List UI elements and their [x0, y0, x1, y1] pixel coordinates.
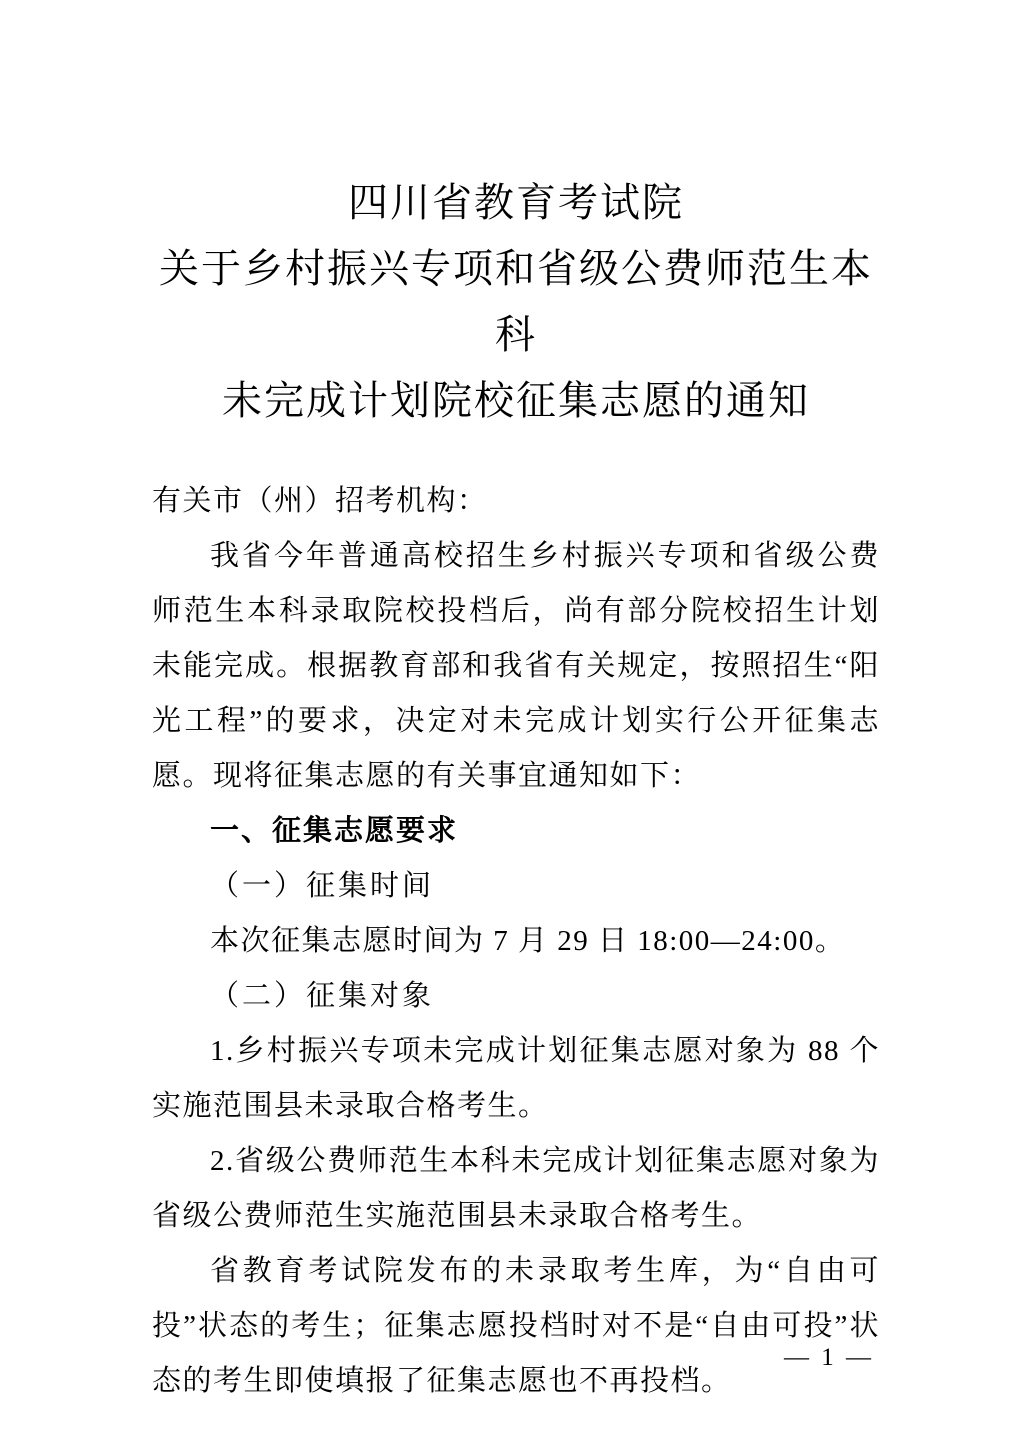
document-body: 有关市（州）招考机构： 我省今年普通高校招生乡村振兴专项和省级公费师范生本科录取…: [152, 474, 880, 1409]
section-1-heading: 一、征集志愿要求: [152, 804, 880, 859]
target-item-2: 2.省级公费师范生本科未完成计划征集志愿对象为省级公费师范生实施范围县未录取合格…: [152, 1134, 880, 1244]
collection-time-paragraph: 本次征集志愿时间为 7 月 29 日 18:00—24:00。: [152, 914, 880, 969]
subsection-1-heading: （一）征集时间: [152, 859, 880, 914]
intro-paragraph: 我省今年普通高校招生乡村振兴专项和省级公费师范生本科录取院校投档后，尚有部分院校…: [152, 529, 880, 804]
document-title-issuer: 四川省教育考试院: [152, 170, 880, 236]
free-to-submit-note: 省教育考试院发布的未录取考生库，为“自由可投”状态的考生；征集志愿投档时对不是“…: [152, 1244, 880, 1409]
target-item-1: 1.乡村振兴专项未完成计划征集志愿对象为 88 个实施范围县未录取合格考生。: [152, 1024, 880, 1134]
page-number: — 1 —: [784, 1344, 874, 1372]
salutation: 有关市（州）招考机构：: [152, 474, 880, 529]
document-page: 四川省教育考试院 关于乡村振兴专项和省级公费师范生本科 未完成计划院校征集志愿的…: [0, 0, 1024, 1448]
document-title: 四川省教育考试院 关于乡村振兴专项和省级公费师范生本科 未完成计划院校征集志愿的…: [152, 170, 880, 434]
document-title-line-3: 未完成计划院校征集志愿的通知: [152, 368, 880, 434]
document-title-line-2: 关于乡村振兴专项和省级公费师范生本科: [152, 236, 880, 368]
subsection-2-heading: （二）征集对象: [152, 969, 880, 1024]
